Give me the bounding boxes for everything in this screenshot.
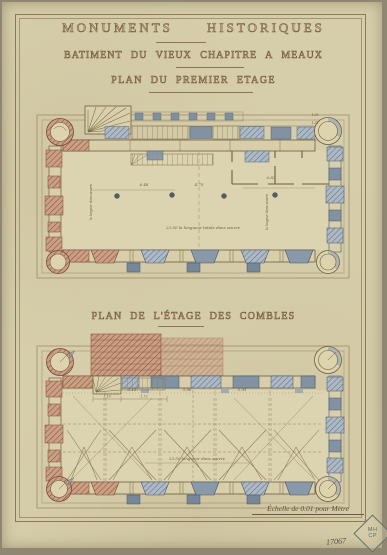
plan2-bay-dim-2: 3.86 — [183, 387, 192, 392]
plan2-bay-dim-1: 3.15 — [128, 387, 137, 392]
plan1-title: PLAN DU PREMIER ETAGE — [0, 75, 387, 86]
scale-note: Échelle de 0.01 pour Mètre — [252, 504, 364, 515]
plan1-dim-2: 4.75 — [194, 182, 204, 187]
plan1-right-note: la largeur dans œuvre — [265, 194, 269, 230]
plan2-title: PLAN DE L'ÉTAGE DES COMBLES — [0, 311, 387, 322]
subtitle: BATIMENT DU VIEUX CHAPITRE A MEAUX — [0, 50, 387, 61]
plan2-bay-dim-3: 3.93 — [238, 387, 247, 392]
main-title-word2: HISTORIQUES — [207, 20, 325, 36]
stamp-line2: CP — [368, 534, 378, 540]
plan1-side-dim-1: 1.05 — [311, 113, 318, 117]
archival-plan-sheet: MONUMENTS HISTORIQUES BATIMENT DU VIEUX … — [0, 0, 387, 555]
plan2-center-note: 23.50 longueur dans œuvre — [168, 456, 226, 461]
plan1-dim-3: 0.82 — [267, 175, 276, 180]
merlon-row — [131, 112, 243, 121]
main-title-word1: MONUMENTS — [62, 20, 173, 36]
plan1-title-underline — [149, 92, 253, 93]
plan1-floor-plan-drawing: 6.46 4.75 0.82 1.05 1.35 la largeur dans… — [27, 100, 361, 290]
plan2-floor-plan-drawing: 1.10 1.72 3.15 3.86 3.93 23.50 longueur … — [27, 332, 361, 522]
plan1-side-dim-2: 1.35 — [311, 121, 318, 125]
plan2-stair-dim-1: 1.10 — [103, 395, 111, 399]
plan2-title-underline — [158, 326, 204, 327]
plan1-left-note: la largeur dans œuvre — [89, 184, 93, 220]
plan2-stair-dim-2: 1.72 — [140, 395, 148, 399]
main-title: MONUMENTS HISTORIQUES — [0, 20, 387, 36]
title-underline — [156, 42, 206, 43]
plan1-dim-1: 6.46 — [140, 182, 149, 187]
roof-hatch-block — [91, 334, 223, 376]
subtitle-underline — [176, 67, 244, 68]
inventory-number: 17067 — [326, 536, 347, 547]
plan1-center-note: 23.50 la longueur totale dans œuvre — [165, 225, 241, 230]
